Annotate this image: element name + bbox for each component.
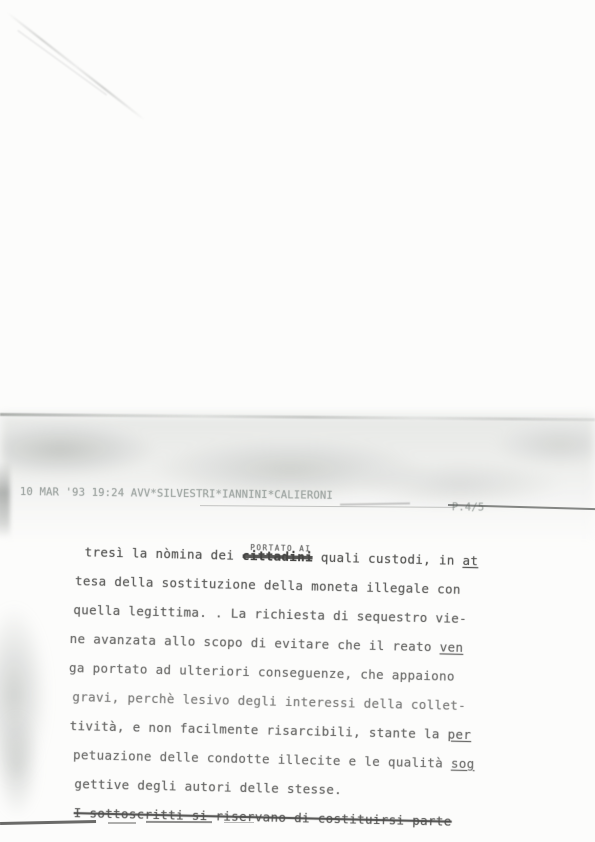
scanned-fax-page: 10 MAR '93 19:24 AVV*SILVESTRI*IANNINI*C… — [0, 0, 595, 842]
struck-out-sentence: I sottoscritti si riservano di costituir… — [74, 805, 452, 829]
pen-stroke — [340, 502, 410, 505]
line-text: quella legittima. . La richiesta di sequ… — [73, 602, 467, 626]
line-text: tività, e non facilmente risarcibili, st… — [70, 718, 448, 742]
hyphen-continuation: per — [447, 727, 471, 743]
hyphen-continuation: at — [462, 553, 478, 568]
paper-crease-mark — [17, 30, 107, 95]
scan-edge-shadow — [0, 462, 10, 538]
typewritten-text-block: tresì la nòmina dei PORTATO AIcittadini … — [65, 537, 511, 837]
hyphen-continuation: sog — [451, 756, 475, 772]
scan-shading-band — [0, 415, 595, 545]
fax-header-text: 10 MAR '93 19:24 AVV*SILVESTRI*IANNINI*C… — [20, 486, 333, 502]
line-text: gravi, perchè lesivo degli interessi del… — [72, 689, 466, 713]
scan-smudge — [0, 700, 50, 830]
fax-page-indicator: P.4/5 — [452, 501, 485, 513]
line-text: tesa della sostituzione della moneta ill… — [75, 573, 461, 597]
hyphen-continuation: ven — [440, 639, 464, 655]
line-text: tresì la nòmina dei — [84, 544, 242, 563]
scan-smudge — [0, 575, 62, 815]
scanned-paper-edge — [0, 413, 595, 421]
line-text: petuazione delle condotte illecite e le … — [73, 747, 451, 771]
struck-word: PORTATO AIcittadini — [242, 541, 314, 572]
line-text: quali custodi, in — [313, 549, 463, 567]
paper-crease-mark — [7, 12, 146, 121]
line-text: gettive degli autori delle stesse. — [74, 776, 342, 797]
line-text: ga portato ad ulteriori conseguenze, che… — [69, 660, 455, 684]
inserted-annotation: PORTATO AI — [250, 533, 312, 563]
pen-stroke — [200, 505, 455, 508]
fax-transmission-header: 10 MAR '93 19:24 AVV*SILVESTRI*IANNINI*C… — [20, 486, 580, 505]
line-text: ne avanzata allo scopo di evitare che il… — [70, 631, 440, 654]
